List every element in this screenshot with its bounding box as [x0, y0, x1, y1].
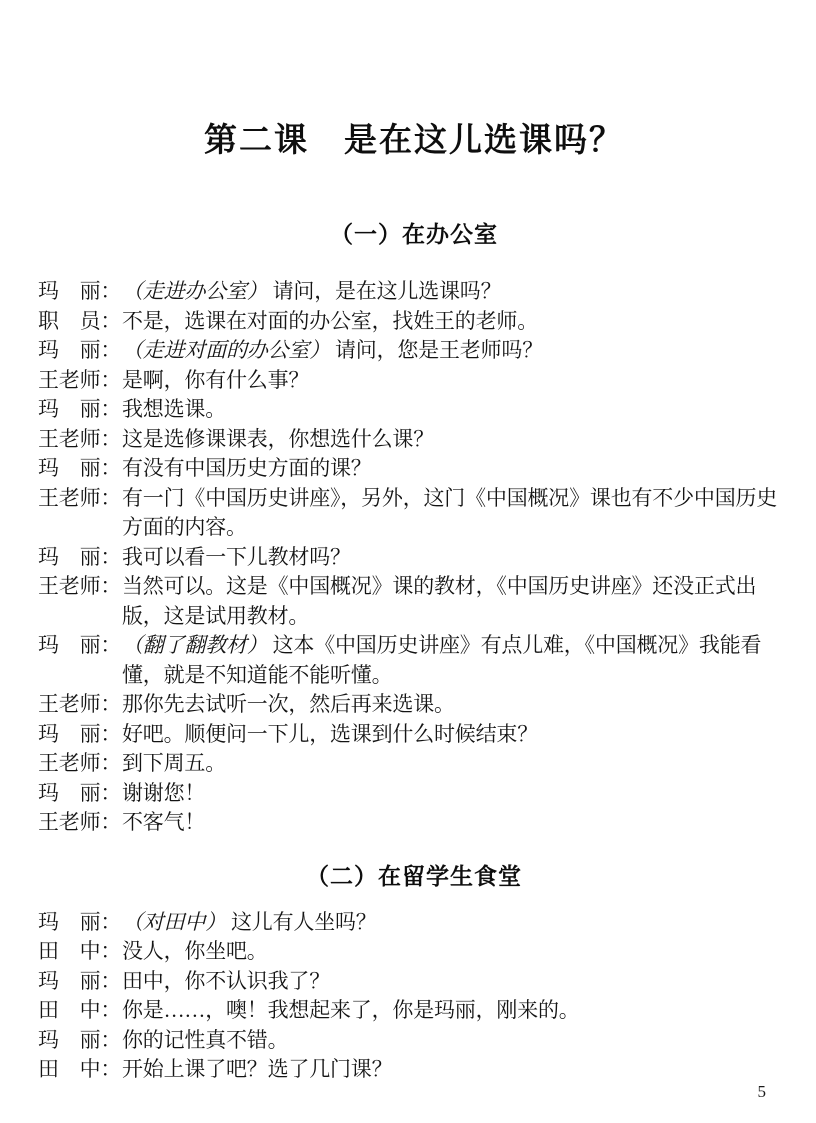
utterance-text: 请问，您是王老师吗？ — [335, 338, 543, 362]
utterance: 没人，你坐吧。 — [122, 937, 790, 967]
utterance: 田中，你不认识我了？ — [122, 967, 790, 997]
speaker-label: 王老师： — [38, 425, 122, 455]
stage-direction: （对田中） — [122, 910, 226, 934]
section-heading: （一）在办公室 — [38, 218, 790, 250]
speaker-label: 王老师： — [38, 749, 122, 779]
speaker-label: 玛 丽： — [38, 336, 122, 366]
speaker-label: 玛 丽： — [38, 631, 122, 661]
dialogue-line: 王老师：这是选修课课表，你想选什么课？ — [38, 425, 790, 455]
speaker-label: 玛 丽： — [38, 908, 122, 938]
speaker-label: 玛 丽： — [38, 967, 122, 997]
utterance-text: 你是……，噢！我想起来了，你是玛丽，刚来的。 — [122, 998, 580, 1022]
utterance-text: 开始上课了吧？选了几门课？ — [122, 1057, 392, 1081]
dialogue-line: 玛 丽：有没有中国历史方面的课？ — [38, 454, 790, 484]
stage-direction: （走进办公室） — [122, 279, 268, 303]
stage-direction: （走进对面的办公室） — [122, 338, 330, 362]
utterance: 有一门《中国历史讲座》，另外，这门《中国概况》课也有不少中国历史方面的内容。 — [122, 484, 790, 543]
stage-direction: （翻了翻教材） — [122, 633, 268, 657]
speaker-label: 玛 丽： — [38, 543, 122, 573]
speaker-label: 王老师： — [38, 690, 122, 720]
dialogue-line: 玛 丽：我想选课。 — [38, 395, 790, 425]
utterance-text: 这是选修课课表，你想选什么课？ — [122, 427, 434, 451]
utterance-text: 田中，你不认识我了？ — [122, 969, 330, 993]
dialogue-line: 玛 丽：你的记性真不错。 — [38, 1026, 790, 1056]
utterance: 有没有中国历史方面的课？ — [122, 454, 790, 484]
speaker-label: 田 中： — [38, 1055, 122, 1085]
utterance: 是啊，你有什么事？ — [122, 366, 790, 396]
utterance-text: 我可以看一下儿教材吗？ — [122, 545, 351, 569]
utterance: 我想选课。 — [122, 395, 790, 425]
utterance: 不客气！ — [122, 808, 790, 838]
utterance-text: 请问，是在这儿选课吗？ — [273, 279, 502, 303]
dialogue-list: 玛 丽：（走进办公室）请问，是在这儿选课吗？职 员：不是，选课在对面的办公室，找… — [38, 277, 790, 838]
speaker-label: 玛 丽： — [38, 277, 122, 307]
utterance-text: 到下周五。 — [122, 751, 226, 775]
speaker-label: 玛 丽： — [38, 720, 122, 750]
page-number: 5 — [758, 1080, 767, 1104]
page-title: 第二课 是在这儿选课吗？ — [38, 118, 790, 162]
textbook-page: 第二课 是在这儿选课吗？ （一）在办公室 玛 丽：（走进办公室）请问，是在这儿选… — [0, 0, 816, 1123]
dialogue-line: 王老师：是啊，你有什么事？ — [38, 366, 790, 396]
section-cafeteria: （二）在留学生食堂 玛 丽：（对田中）这儿有人坐吗？田 中：没人，你坐吧。玛 丽… — [38, 860, 790, 1085]
dialogue-line: 王老师：不客气！ — [38, 808, 790, 838]
speaker-label: 王老师： — [38, 484, 122, 514]
dialogue-line: 玛 丽：谢谢您！ — [38, 779, 790, 809]
utterance-text: 我想选课。 — [122, 397, 226, 421]
utterance: 我可以看一下儿教材吗？ — [122, 543, 790, 573]
dialogue-line: 玛 丽：我可以看一下儿教材吗？ — [38, 543, 790, 573]
speaker-label: 职 员： — [38, 307, 122, 337]
utterance-text: 有一门《中国历史讲座》，另外，这门《中国概况》课也有不少中国历史方面的内容。 — [122, 486, 777, 540]
dialogue-line: 玛 丽：好吧。顺便问一下儿，选课到什么时候结束？ — [38, 720, 790, 750]
utterance-text: 没人，你坐吧。 — [122, 939, 268, 963]
dialogue-line: 玛 丽：田中，你不认识我了？ — [38, 967, 790, 997]
speaker-label: 田 中： — [38, 996, 122, 1026]
dialogue-line: 玛 丽：（走进对面的办公室）请问，您是王老师吗？ — [38, 336, 790, 366]
dialogue-line: 田 中：你是……，噢！我想起来了，你是玛丽，刚来的。 — [38, 996, 790, 1026]
utterance: （翻了翻教材）这本《中国历史讲座》有点儿难，《中国概况》我能看懂，就是不知道能不… — [122, 631, 790, 690]
utterance: （走进办公室）请问，是在这儿选课吗？ — [122, 277, 790, 307]
dialogue-line: 田 中：没人，你坐吧。 — [38, 937, 790, 967]
utterance-text: 这儿有人坐吗？ — [231, 910, 377, 934]
dialogue-line: 王老师：到下周五。 — [38, 749, 790, 779]
speaker-label: 王老师： — [38, 808, 122, 838]
utterance-text: 谢谢您！ — [122, 781, 205, 805]
utterance-text: 那你先去试听一次，然后再来选课。 — [122, 692, 455, 716]
utterance-text: 是啊，你有什么事？ — [122, 368, 309, 392]
utterance-text: 不客气！ — [122, 810, 205, 834]
utterance: 当然可以。这是《中国概况》课的教材，《中国历史讲座》还没正式出版，这是试用教材。 — [122, 572, 790, 631]
dialogue-line: 田 中：开始上课了吧？选了几门课？ — [38, 1055, 790, 1085]
utterance: 这是选修课课表，你想选什么课？ — [122, 425, 790, 455]
utterance-text: 当然可以。这是《中国概况》课的教材，《中国历史讲座》还没正式出版，这是试用教材。 — [122, 574, 756, 628]
utterance: 那你先去试听一次，然后再来选课。 — [122, 690, 790, 720]
speaker-label: 玛 丽： — [38, 779, 122, 809]
speaker-label: 田 中： — [38, 937, 122, 967]
utterance: 好吧。顺便问一下儿，选课到什么时候结束？ — [122, 720, 790, 750]
utterance-text: 你的记性真不错。 — [122, 1028, 288, 1052]
utterance: 不是，选课在对面的办公室，找姓王的老师。 — [122, 307, 790, 337]
dialogue-line: 王老师：当然可以。这是《中国概况》课的教材，《中国历史讲座》还没正式出版，这是试… — [38, 572, 790, 631]
section-office: （一）在办公室 玛 丽：（走进办公室）请问，是在这儿选课吗？职 员：不是，选课在… — [38, 218, 790, 838]
utterance: 开始上课了吧？选了几门课？ — [122, 1055, 790, 1085]
dialogue-list: 玛 丽：（对田中）这儿有人坐吗？田 中：没人，你坐吧。玛 丽：田中，你不认识我了… — [38, 908, 790, 1085]
utterance: 谢谢您！ — [122, 779, 790, 809]
dialogue-line: 玛 丽：（翻了翻教材）这本《中国历史讲座》有点儿难，《中国概况》我能看懂，就是不… — [38, 631, 790, 690]
utterance: 你是……，噢！我想起来了，你是玛丽，刚来的。 — [122, 996, 790, 1026]
speaker-label: 王老师： — [38, 572, 122, 602]
dialogue-line: 玛 丽：（对田中）这儿有人坐吗？ — [38, 908, 790, 938]
dialogue-line: 玛 丽：（走进办公室）请问，是在这儿选课吗？ — [38, 277, 790, 307]
speaker-label: 玛 丽： — [38, 395, 122, 425]
utterance: （对田中）这儿有人坐吗？ — [122, 908, 790, 938]
utterance: 你的记性真不错。 — [122, 1026, 790, 1056]
dialogue-line: 王老师：有一门《中国历史讲座》，另外，这门《中国概况》课也有不少中国历史方面的内… — [38, 484, 790, 543]
utterance: （走进对面的办公室）请问，您是王老师吗？ — [122, 336, 790, 366]
speaker-label: 玛 丽： — [38, 454, 122, 484]
dialogue-line: 职 员：不是，选课在对面的办公室，找姓王的老师。 — [38, 307, 790, 337]
speaker-label: 玛 丽： — [38, 1026, 122, 1056]
utterance: 到下周五。 — [122, 749, 790, 779]
speaker-label: 王老师： — [38, 366, 122, 396]
utterance-text: 有没有中国历史方面的课？ — [122, 456, 372, 480]
dialogue-line: 王老师：那你先去试听一次，然后再来选课。 — [38, 690, 790, 720]
utterance-text: 好吧。顺便问一下儿，选课到什么时候结束？ — [122, 722, 538, 746]
section-heading: （二）在留学生食堂 — [38, 860, 790, 892]
utterance-text: 不是，选课在对面的办公室，找姓王的老师。 — [122, 309, 538, 333]
